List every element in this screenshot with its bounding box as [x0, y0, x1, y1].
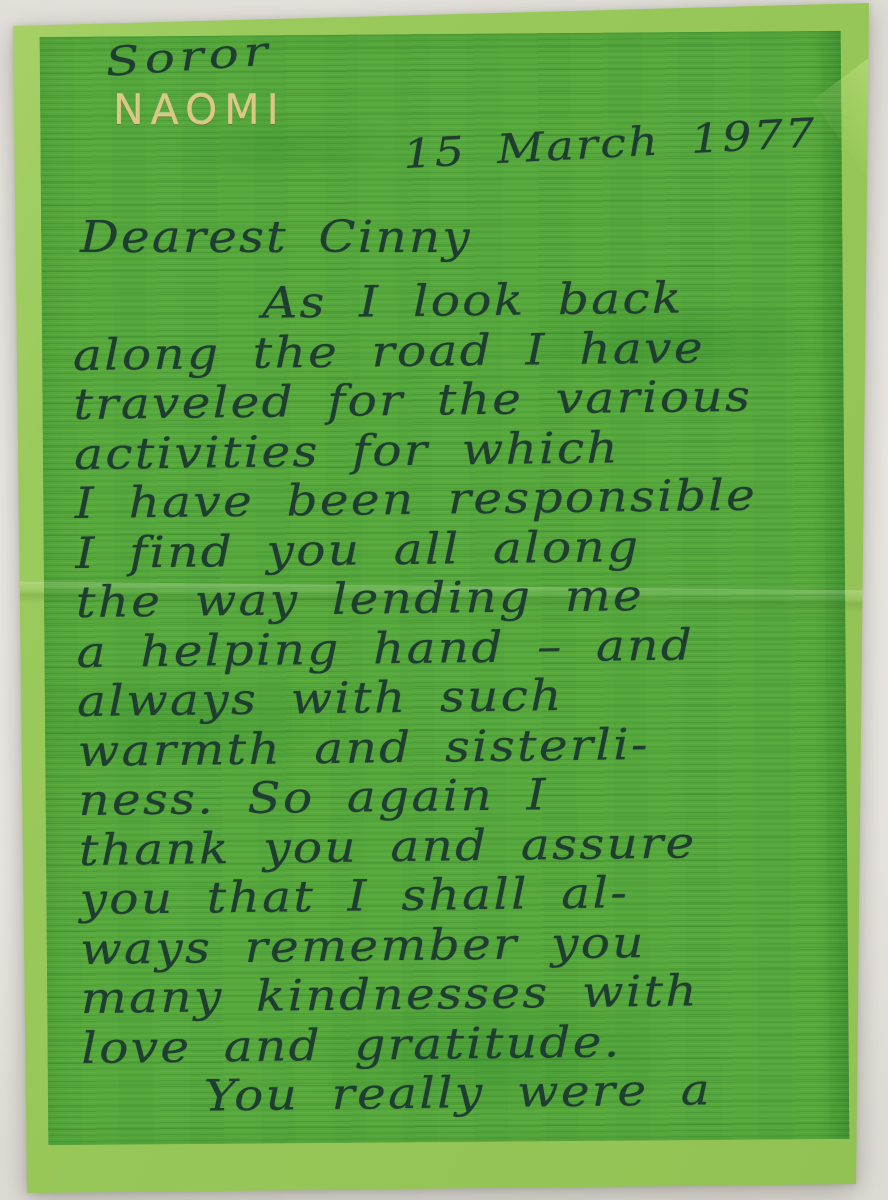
letter-line: You really were a: [82, 1064, 888, 1124]
letterhead-name-naomi: NAOMI: [113, 86, 286, 134]
letter-body: As I look back along the road I have tra…: [72, 273, 822, 1123]
green-stationery-sheet: Soror NAOMI 15 March 1977 Dearest Cinny …: [0, 0, 888, 1200]
letter-salutation: Dearest Cinny: [80, 212, 472, 263]
paper-shadow: Soror NAOMI 15 March 1977 Dearest Cinny …: [0, 0, 888, 1200]
letter-photo: Soror NAOMI 15 March 1977 Dearest Cinny …: [0, 0, 888, 1200]
